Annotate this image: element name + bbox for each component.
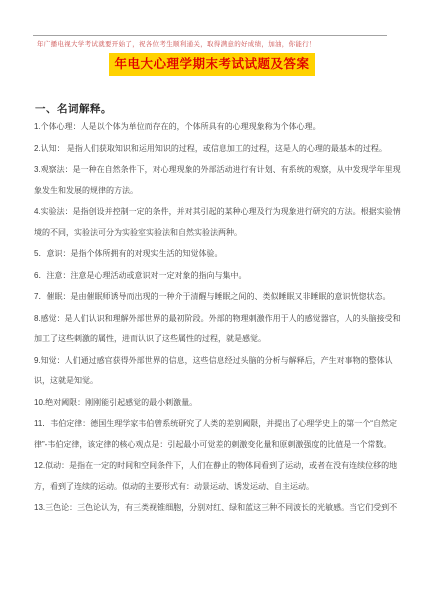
definition-item: 2.认知： 是指人们获取知识和运用知识的过程，或信息加工的过程，这是人的心理的最…: [34, 139, 402, 160]
title-row: 年电大心理学期末考试试题及答案: [0, 53, 424, 76]
definition-item: 12.似动：是指在一定的时间和空间条件下，人们在静止的物体间看到了运动，或者在没…: [34, 456, 402, 497]
definition-item: 11．韦伯定律：德国生理学家韦伯曾系统研究了人类的差别阈限，并提出了心理学史上的…: [34, 414, 402, 455]
definition-item: 7．催眠：是由催眠师诱导而出现的一种介于清醒与睡眠之间的、类似睡眠又非睡眠的意识…: [34, 287, 402, 308]
exam-greeting: 年广播电视大学考试就要开始了，祝各位考生顺利通关，取得满意的好成绩，加油，你能行…: [37, 39, 407, 48]
header-divider: [33, 35, 387, 36]
definition-item: 13.三色论：三色论认为，有三类视锥细胞，分别对红、绿和蓝这三种不同波长的光敏感…: [34, 498, 402, 519]
definition-list: 1.个体心理：人是以个体为单位而存在的，个体所具有的心理现象称为个体心理。 2.…: [34, 117, 402, 520]
page-title: 年电大心理学期末考试试题及答案: [109, 53, 314, 76]
section-heading: 一、名词解释。: [35, 101, 112, 116]
document-page: 年广播电视大学考试就要开始了，祝各位考生顺利通关，取得满意的好成绩，加油，你能行…: [0, 0, 424, 600]
definition-item: 9.知觉：人们通过感官获得外部世界的信息，这些信息经过头脑的分析与解释后，产生对…: [34, 351, 402, 392]
definition-item: 5．意识：是指个体所拥有的对现实生活的知觉体验。: [34, 244, 402, 265]
definition-item: 6．注意：注意是心理活动或意识对一定对象的指向与集中。: [34, 266, 402, 287]
definition-item: 1.个体心理：人是以个体为单位而存在的，个体所具有的心理现象称为个体心理。: [34, 117, 402, 138]
definition-item: 3.观察法：是一种在自然条件下，对心理现象的外部活动进行有计划、有系统的观察，从…: [34, 160, 402, 201]
definition-item: 4.实验法：是指创设并控制一定的条件，并对其引起的某种心理及行为现象进行研究的方…: [34, 202, 402, 243]
definition-item: 10.绝对阈限：刚刚能引起感觉的最小刺激量。: [34, 393, 402, 414]
definition-item: 8.感觉：是人们认识和理解外部世界的最初阶段。外部的物理刺激作用于人的感觉器官，…: [34, 309, 402, 350]
